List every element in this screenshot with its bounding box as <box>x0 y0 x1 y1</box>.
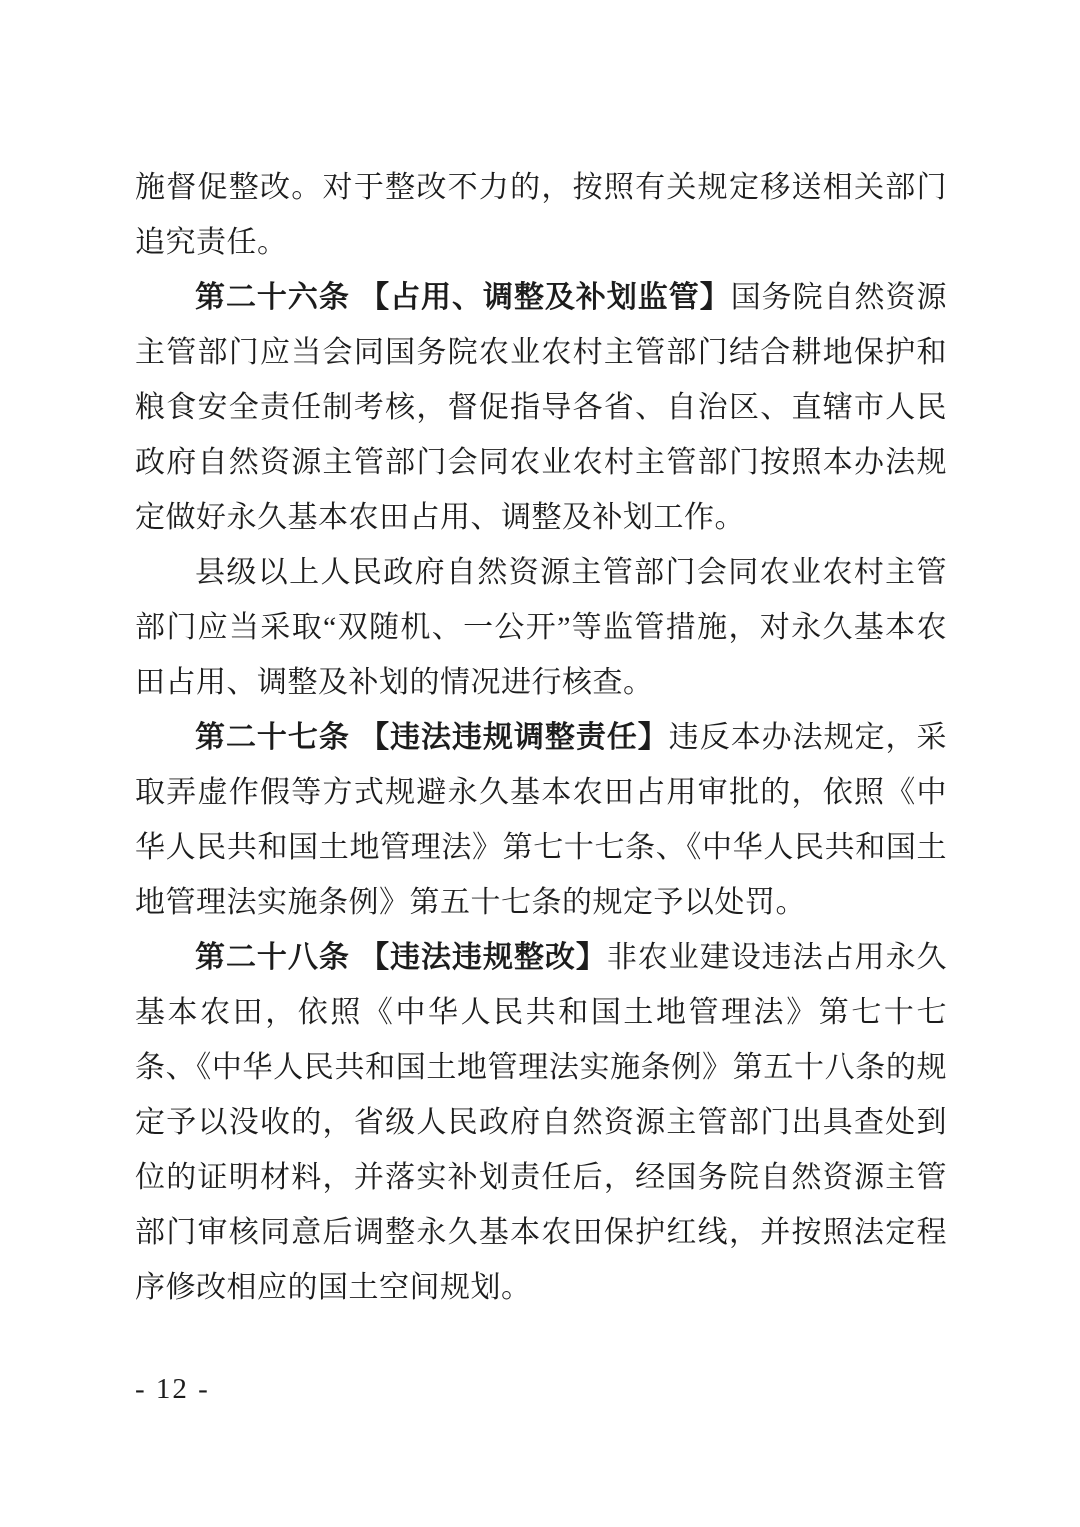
paragraph: 第二十七条 【违法违规调整责任】违反本办法规定，采取弄虚作假等方式规避永久基本农… <box>135 710 947 930</box>
article-heading-segment: 第二十八条 【违法违规整改】 <box>195 941 607 974</box>
document-body: 施督促整改。对于整改不力的，按照有关规定移送相关部门追究责任。第二十六条 【占用… <box>135 160 947 1315</box>
text-segment: 国务院自然资源主管部门应当会同国务院农业农村主管部门结合耕地保护和粮食安全责任制… <box>135 281 947 534</box>
text-segment: 施督促整改。对于整改不力的，按照有关规定移送相关部门追究责任。 <box>135 171 947 259</box>
paragraph: 第二十八条 【违法违规整改】非农业建设违法占用永久基本农田，依照《中华人民共和国… <box>135 930 947 1315</box>
article-heading-segment: 第二十七条 【违法违规调整责任】 <box>195 721 669 754</box>
paragraph: 施督促整改。对于整改不力的，按照有关规定移送相关部门追究责任。 <box>135 160 947 270</box>
paragraph: 县级以上人民政府自然资源主管部门会同农业农村主管部门应当采取“双随机、一公开”等… <box>135 545 947 710</box>
document-page: 施督促整改。对于整改不力的，按照有关规定移送相关部门追究责任。第二十六条 【占用… <box>0 0 1080 1527</box>
page-number: - 12 - <box>135 1372 210 1406</box>
article-heading-segment: 第二十六条 【占用、调整及补划监管】 <box>195 281 731 314</box>
text-segment: 县级以上人民政府自然资源主管部门会同农业农村主管部门应当采取“双随机、一公开”等… <box>135 556 947 699</box>
text-segment: 非农业建设违法占用永久基本农田，依照《中华人民共和国土地管理法》第七十七条、《中… <box>135 941 947 1304</box>
paragraph: 第二十六条 【占用、调整及补划监管】国务院自然资源主管部门应当会同国务院农业农村… <box>135 270 947 545</box>
